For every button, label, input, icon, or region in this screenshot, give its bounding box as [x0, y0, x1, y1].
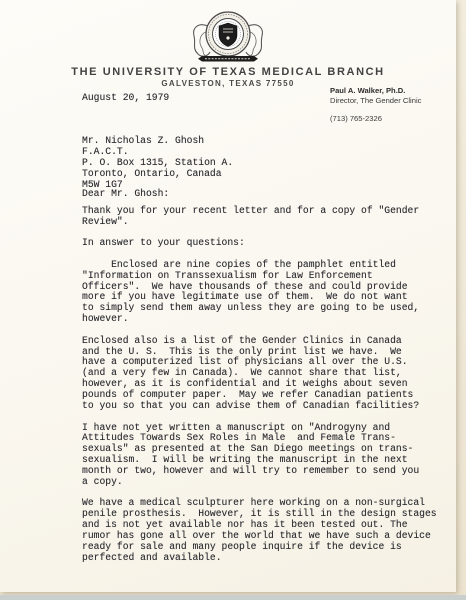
contact-name: Paul A. Walker, Ph.D.	[330, 86, 460, 96]
contact-title: Director, The Gender Clinic	[330, 96, 460, 106]
paragraph: Enclosed are nine copies of the pamphlet…	[82, 260, 456, 325]
paragraph: Enclosed also is a list of the Gender Cl…	[82, 336, 456, 412]
contact-phone: (713) 765-2326	[330, 114, 460, 124]
contact-block: Paul A. Walker, Ph.D. Director, The Gend…	[330, 86, 460, 124]
letterhead: THE UNIVERSITY OF TEXAS MEDICAL BRANCH G…	[0, 8, 456, 88]
paragraph: I have not yet written a manuscript on "…	[82, 423, 456, 488]
letter-date: August 20, 1979	[82, 93, 169, 104]
seal-container	[0, 8, 456, 64]
paragraph: In answer to your questions:	[82, 238, 456, 249]
letter-body: Thank you for your recent letter and for…	[82, 206, 456, 574]
paragraph: We have a medical sculpturer here workin…	[82, 498, 456, 563]
letter-page: THE UNIVERSITY OF TEXAS MEDICAL BRANCH G…	[0, 0, 456, 592]
salutation: Dear Mr. Ghosh:	[82, 189, 169, 200]
recipient-address: Mr. Nicholas Z. Ghosh F.A.C.T. P. O. Box…	[82, 136, 233, 191]
paragraph: Thank you for your recent letter and for…	[82, 206, 456, 228]
university-seal-icon	[186, 8, 270, 64]
recipient-line: Toronto, Ontario, Canada	[82, 169, 233, 180]
institution-name: THE UNIVERSITY OF TEXAS MEDICAL BRANCH	[0, 66, 456, 78]
scan-edge-strip	[0, 595, 466, 600]
